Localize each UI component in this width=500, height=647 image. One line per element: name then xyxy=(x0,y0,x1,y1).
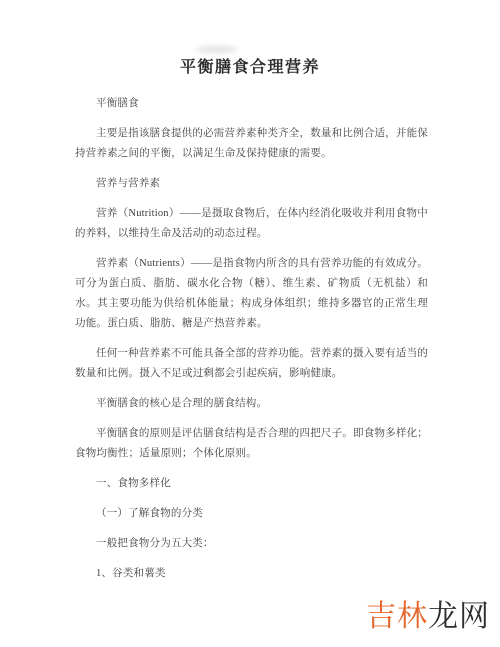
paragraph: 营养（Nutrition）——是摄取食物后，在体内经消化吸收并利用食物中的养料，… xyxy=(75,204,428,244)
page-title: 平衡膳食合理营养 xyxy=(0,0,500,80)
paragraph: 主要是指该膳食提供的必需营养素种类齐全，数量和比例合适，并能保持营养素之间的平衡… xyxy=(75,124,428,164)
watermark-prefix: 吉林 xyxy=(366,600,428,633)
paragraph-heading: 营养与营养素 xyxy=(75,174,428,194)
paragraph: 任何一种营养素不可能具备全部的营养功能。营养素的摄入要有适当的数量和比例。摄入不… xyxy=(75,344,428,384)
subsection-heading: （一）了解食物的分类 xyxy=(75,504,428,524)
paragraph: 平衡膳食的核心是合理的膳食结构。 xyxy=(75,394,428,414)
paragraph: 平衡膳食的原则是评估膳食结构是否合理的四把尺子。即食物多样化；食物均衡性；适量原… xyxy=(75,424,428,464)
paragraph: 营养素（Nutrients）——是指食物内所含的具有营养功能的有效成分。可分为蛋… xyxy=(75,254,428,334)
scan-artifact-smudge xyxy=(196,46,238,53)
paragraph-heading: 平衡膳食 xyxy=(75,94,428,114)
paragraph: 一般把食物分为五大类： xyxy=(75,534,428,554)
list-item-heading: 1、谷类和薯类 xyxy=(75,564,428,584)
site-watermark: 吉林龙网 xyxy=(366,591,490,635)
section-heading: 一、食物多样化 xyxy=(75,474,428,494)
document-page: 平衡膳食合理营养 平衡膳食 主要是指该膳食提供的必需营养素种类齐全，数量和比例合… xyxy=(0,0,500,647)
document-body: 平衡膳食 主要是指该膳食提供的必需营养素种类齐全，数量和比例合适，并能保持营养素… xyxy=(0,80,500,584)
watermark-suffix: 龙网 xyxy=(428,600,490,633)
